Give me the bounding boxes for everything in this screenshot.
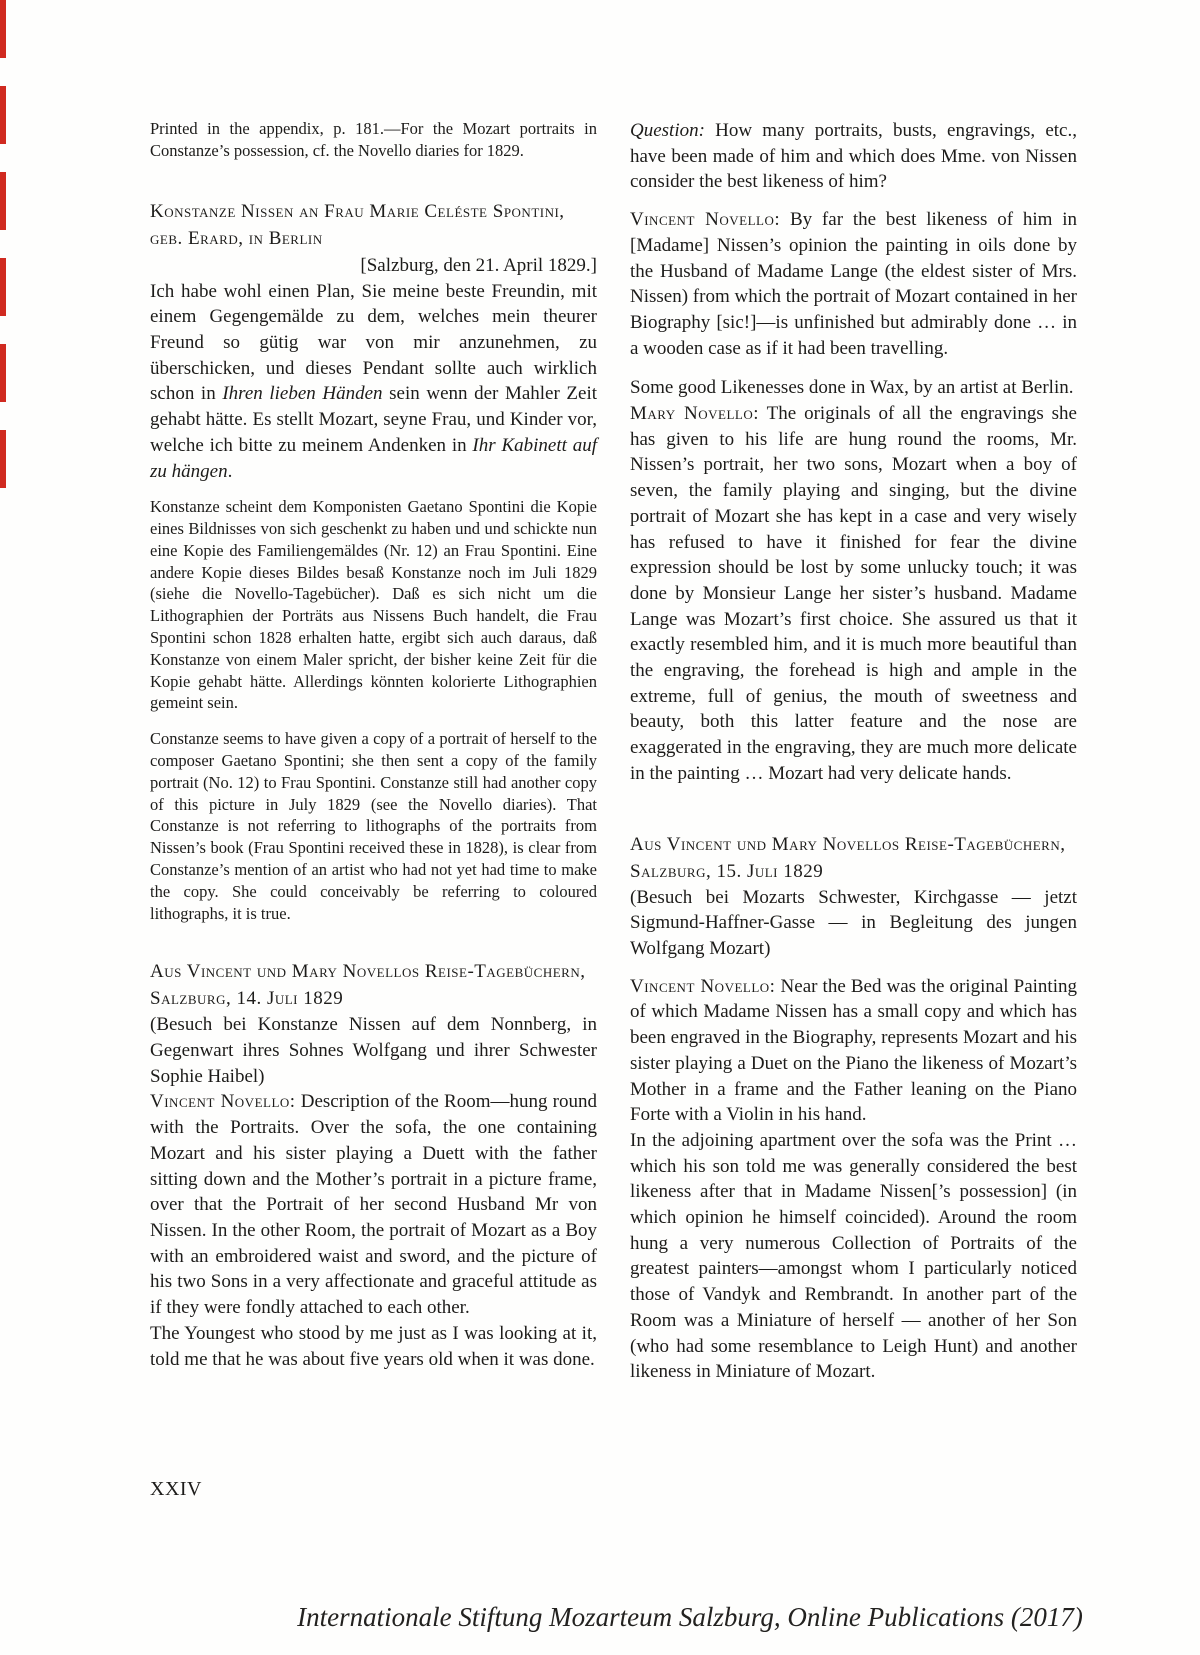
editorial-note-german: Konstanze scheint dem Komponisten Gaetan… <box>150 496 597 714</box>
diary-heading-note-right: (Besuch bei Mozarts Schwester, Kirchgass… <box>630 885 1077 962</box>
page-number: XXIV <box>150 1478 202 1501</box>
mary-originals-text: The originals of all the engravings she … <box>630 403 1077 784</box>
adjoining-apartment-paragraph: In the adjoining apartment over the sofa… <box>630 1128 1077 1385</box>
vincent-description-text: Description of the Room—hung round with … <box>150 1091 597 1318</box>
vincent-painting-paragraph: Vincent Novello: Near the Bed was the or… <box>630 974 1077 1128</box>
letter-body: Ich habe wohl einen Plan, Sie meine best… <box>150 279 597 485</box>
column-right: Question: How many portraits, busts, eng… <box>630 118 1077 1385</box>
letter-text-part3: . <box>228 461 233 482</box>
youngest-paragraph: The Youngest who stood by me just as I w… <box>150 1321 597 1372</box>
book-page: Printed in the appendix, p. 181.—For the… <box>0 0 1200 1655</box>
column-left: Printed in the appendix, p. 181.—For the… <box>150 118 597 1372</box>
diary-heading-15-july-line2: Salzburg, 15. Juli 1829 <box>630 858 1077 885</box>
publication-footer: Internationale Stiftung Mozarteum Salzbu… <box>240 1602 1140 1633</box>
letter-dateline: [Salzburg, den 21. April 1829.] <box>150 252 597 279</box>
wax-paragraph: Some good Likenesses done in Wax, by an … <box>630 375 1077 401</box>
letter-heading-line2: geb. Erard, in Berlin <box>150 225 597 252</box>
diary-heading-15-july-line1: Aus Vincent und Mary Novellos Reise-Tage… <box>630 831 1077 858</box>
letter-text-italic1: Ihren lieben Händen <box>222 383 382 404</box>
speaker-mary-novello: Mary Novello: <box>630 403 759 424</box>
question-paragraph: Question: How many portraits, busts, eng… <box>630 118 1077 195</box>
appendix-note: Printed in the appendix, p. 181.—For the… <box>150 118 597 162</box>
question-label: Question: <box>630 120 705 141</box>
letter-heading-line1: Konstanze Nissen an Frau Marie Celéste S… <box>150 198 597 225</box>
scan-artifact-red-marks <box>0 0 6 516</box>
diary-heading-note-left: (Besuch bei Konstanze Nissen auf dem Non… <box>150 1012 597 1089</box>
speaker-vincent-novello: Vincent Novello: <box>630 976 775 997</box>
speaker-vincent-novello: Vincent Novello: <box>630 209 780 230</box>
vincent-painting-text: Near the Bed was the original Painting o… <box>630 976 1077 1126</box>
diary-heading-14-july-line1: Aus Vincent und Mary Novellos Reise-Tage… <box>150 958 597 985</box>
diary-heading-14-july-line2: Salzburg, 14. Juli 1829 <box>150 985 597 1012</box>
editorial-note-english: Constanze seems to have given a copy of … <box>150 728 597 924</box>
vincent-likeness-paragraph: Vincent Novello: By far the best likenes… <box>630 207 1077 361</box>
vincent-likeness-text: By far the best likeness of him in [Mada… <box>630 209 1077 359</box>
vincent-description-paragraph: Vincent Novello: Description of the Room… <box>150 1089 597 1320</box>
mary-originals-paragraph: Mary Novello: The originals of all the e… <box>630 401 1077 787</box>
speaker-vincent-novello: Vincent Novello: <box>150 1091 296 1112</box>
